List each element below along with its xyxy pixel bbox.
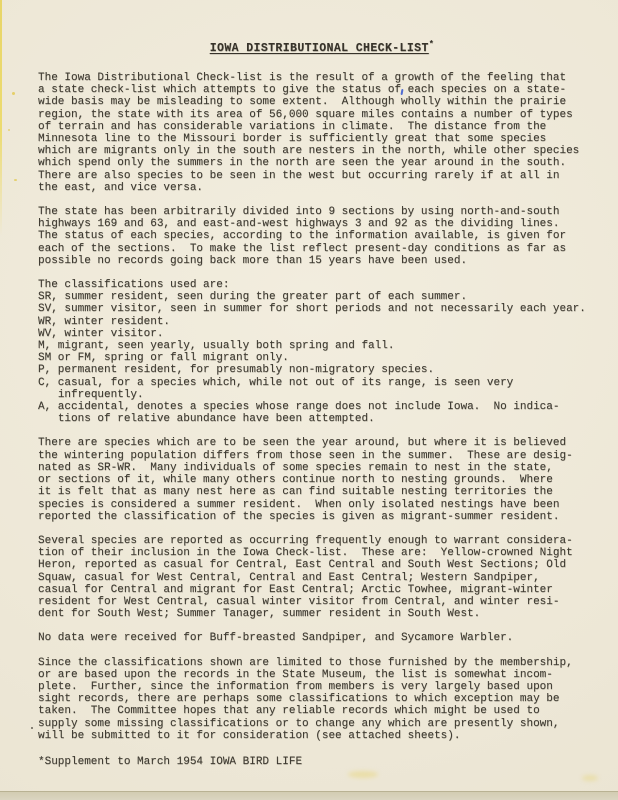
footnote: *Supplement to March 1954 IOWA BIRD LIFE	[38, 756, 606, 768]
paragraph-proposed-species: Several species are reported as occurrin…	[38, 535, 606, 620]
paragraph-sections: The state has been arbitrarily divided i…	[38, 206, 606, 267]
paragraph-wintering: There are species which are to be seen t…	[38, 437, 606, 522]
document-content: IOWA DISTRIBUTIONAL CHECK-LIST* The Iowa…	[38, 42, 606, 768]
paper-speck	[14, 179, 17, 181]
classification-item-sv: SV, summer visitor, seen in summer for s…	[38, 303, 606, 315]
paper-speck	[12, 92, 15, 95]
classification-item-wr: WR, winter resident.	[38, 316, 606, 328]
scan-edge-artifact	[0, 0, 2, 236]
classification-item-c: C, casual, for a species which, while no…	[38, 377, 606, 401]
footnote-marker: *	[429, 39, 435, 49]
page-title: IOWA DISTRIBUTIONAL CHECK-LIST*	[38, 42, 606, 55]
classifications-list: The classifications used are: SR, summer…	[38, 279, 606, 425]
scanned-document-page: IOWA DISTRIBUTIONAL CHECK-LIST* The Iowa…	[0, 0, 618, 800]
paper-smudge	[582, 775, 598, 781]
page-title-text: IOWA DISTRIBUTIONAL CHECK-LIST	[210, 42, 429, 55]
stray-ink-dot	[31, 727, 33, 729]
paragraph-closing: Since the classifications shown are limi…	[38, 657, 606, 742]
classifications-heading: The classifications used are:	[38, 279, 606, 291]
paper-speck	[8, 129, 10, 131]
classification-item-sr: SR, summer resident, seen during the gre…	[38, 291, 606, 303]
classification-item-a: A, accidental, denotes a species whose r…	[38, 401, 606, 425]
paper-smudge	[348, 771, 378, 778]
classification-item-p: P, permanent resident, for presumably no…	[38, 364, 606, 376]
classification-item-sm-fm: SM or FM, spring or fall migrant only.	[38, 352, 606, 364]
paragraph-no-data: No data were received for Buff-breasted …	[38, 632, 606, 644]
classification-item-wv: WV, winter visitor.	[38, 328, 606, 340]
paragraph-intro: The Iowa Distributional Check-list is th…	[38, 72, 606, 194]
scan-bottom-edge	[0, 791, 618, 800]
classification-item-m: M, migrant, seen yearly, usually both sp…	[38, 340, 606, 352]
